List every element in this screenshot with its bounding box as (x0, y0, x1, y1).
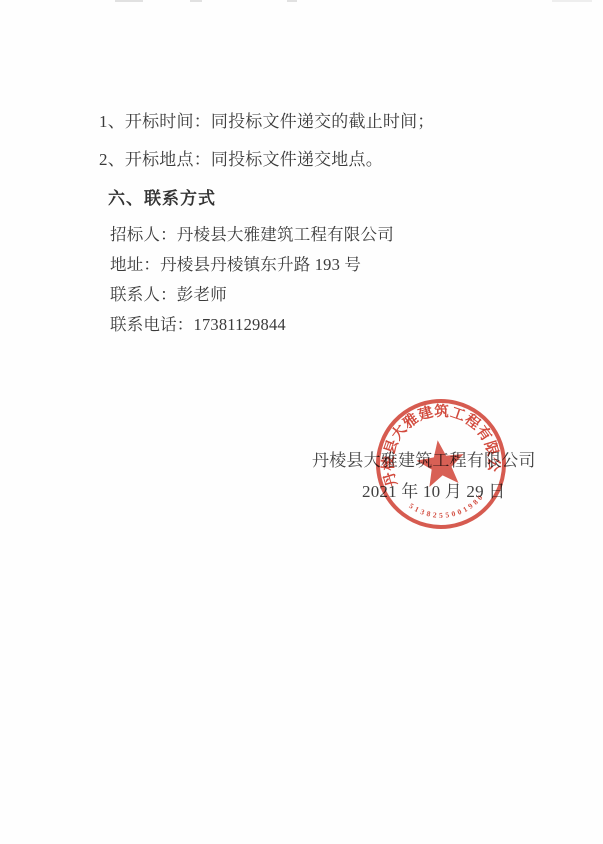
seal-star-icon (414, 437, 467, 488)
scan-artifact (287, 0, 297, 2)
document-page: 1、开标时间：同投标文件递交的截止时间； 2、开标地点：同投标文件递交地点。 六… (0, 0, 603, 844)
scan-artifact (190, 0, 202, 2)
seal-arc-text: 丹棱县大雅建筑工程有限公司 (351, 374, 505, 493)
contact-phone-line: 联系电话：17381129844 (110, 315, 286, 336)
address-line: 地址：丹棱县丹棱镇东升路 193 号 (110, 255, 361, 276)
company-seal: 丹棱县大雅建筑工程有限公司 5138255001980 (351, 374, 532, 555)
seal-serial-number: 5138255001980 (406, 490, 488, 524)
bid-opening-place-line: 2、开标地点：同投标文件递交地点。 (99, 149, 383, 170)
section-heading-contact: 六、联系方式 (108, 188, 216, 209)
scan-artifact (552, 0, 592, 2)
contact-person-line: 联系人：彭老师 (110, 285, 227, 306)
bid-opening-time-line: 1、开标时间：同投标文件递交的截止时间； (99, 111, 435, 132)
tenderee-line: 招标人：丹棱县大雅建筑工程有限公司 (110, 225, 394, 246)
scan-artifact (115, 0, 143, 2)
